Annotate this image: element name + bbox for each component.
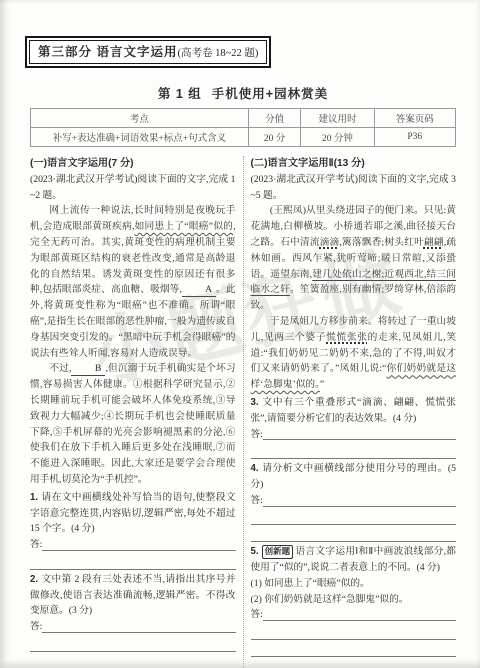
answer-row: 答: [251,607,457,623]
answer-row: 答: [251,493,457,509]
passage-paragraph-3: (王熙凤)从里头绕进园子的便门来。只见:黄花满地,白柳横坡。小桥通若耶之溪,曲径… [251,203,457,314]
question-3: 3.文中有三个重叠形式“滴滴、翩翩、慌慌张张”,请简要分析它们的表达效果。(4 … [251,395,457,427]
cell-fenzhi: 20 分 [248,128,301,147]
question-number: 4. [251,463,259,474]
question-text: 请在文中画横线处补写恰当的语句,使整段文字语意完整连贯,内容贴切,逻辑严密,每处… [30,492,236,535]
question-1: 1.请在文中画横线处补写恰当的语句,使整段文字语意完整连贯,内容贴切,逻辑严密,… [30,490,236,537]
answer-line [42,632,235,633]
answer-line [42,550,235,551]
col-header-fenzhi: 分值 [248,109,301,128]
question-text: 文中有三个重叠形式“滴滴、翩翩、慌慌张张”,请简要分析它们的表达效果。(4 分) [251,397,457,424]
right-column: (二)语言文字运用Ⅱ(13 分) (2023·湖北武汉开学考试)阅读下面的文字,… [243,156,457,668]
col-header-time: 建议用时 [301,109,374,128]
question-4: 4.请分析文中画横线部分使用分号的理由。(5 分) [251,461,457,493]
answer-label: 答: [251,427,263,443]
innovation-badge: 创新题 [262,545,294,558]
group-title: 第 1 组手机使用+园林赏美 [30,0,456,102]
question-5-item-2: (2) 你们奶奶就是这样“急脚鬼”似的。 [251,592,457,608]
section-title-2: (二)语言文字运用Ⅱ(13 分) [251,156,457,172]
answer-row: 答: [251,427,457,443]
source-line-2: (2023·湖北武汉开学考试)阅读下面的文字,完成 3~5 题。 [251,172,457,204]
passage-paragraph-1: 网上流传一种说法,长时间特别是夜晚玩手机,会造成眼部黄斑疾病,如同患上了“眼癌”… [30,203,236,361]
answer-label: 答: [251,493,263,509]
cell-kaodian: 补写+表达准确+词语效果+标点+句式含义 [31,128,249,147]
answer-line [263,506,456,507]
answer-line [30,553,236,570]
answer-line [251,442,457,459]
exam-page: 第三部分 语言文字运用(高考卷 18~22 题) 第 1 组手机使用+园林赏美 … [0,0,480,668]
dot-emphasis-text: 慌慌张张 [326,332,367,343]
fill-blank-A: A [182,285,216,296]
cell-time: 20 分钟 [301,128,374,147]
answer-line [263,439,456,440]
question-2: 2.文中第 2 段有三处表述不当,请指出其序号并做修改,使语言表达准确流畅,逻辑… [30,572,236,619]
passage-paragraph-4: 于是凤姐儿方移步前来。将转过了一重山坡儿,见两三个婆子慌慌张张的走来,见凤姐儿,… [251,314,457,393]
answer-line [251,509,457,526]
answer-label: 答: [30,619,42,635]
question-5-item-1: (1) 如同患上了“眼癌”似的。 [251,576,457,592]
passage-paragraph-2: 不过,B,但沉溺于玩手机确实是个坏习惯,容易损害人体健康。①根据科学研究显示,②… [30,361,236,487]
fill-blank-B: B [71,364,105,375]
two-column-layout: (一)语言文字运用(7 分) (2023·湖北武汉开学考试)阅读下面的文字,完成… [30,156,456,668]
question-text: 文中第 2 段有三处表述不当,请指出其序号并做修改,使语言表达准确流畅,逻辑严密… [30,574,236,617]
question-5: 5.创新题语言文字运用Ⅰ和Ⅱ中画波浪线部分,都使用了“似的”,说说二者表意上的不… [251,544,457,576]
wavy-underline-text: 如同患上了“眼癌”似的 [134,221,233,232]
answer-row: 答: [30,619,236,635]
passage-text: ,篱落飘香;树头红叶 [339,237,424,248]
dot-emphasis-text: 翩翩 [424,237,444,248]
passage-text: 不过, [49,363,71,374]
passage-text: ,但沉溺于玩手机确实是个坏习惯,容易损害人体健康。①根据科学研究显示,②长期睡前… [30,363,236,485]
group-label: 第 1 组 [158,87,202,101]
question-number: 1. [30,492,38,503]
answer-row: 答: [30,537,236,553]
blank-label: B [95,363,101,374]
answer-line [251,623,457,640]
col-header-kaodian: 考点 [31,109,249,128]
dot-emphasis-text: 滴滴 [320,237,340,248]
col-header-page: 答案页码 [374,109,455,128]
question-number: 2. [30,574,38,585]
answer-line [251,657,457,668]
page-content: 第 1 组手机使用+园林赏美 考点 分值 建议用时 答案页码 补写+表达准确+词… [0,0,480,668]
passage-text: ” [320,379,324,390]
answer-line [251,640,457,657]
answer-label: 答: [251,607,263,623]
exam-info-table: 考点 分值 建议用时 答案页码 补写+表达准确+词语效果+标点+句式含义 20 … [30,108,456,147]
left-column: (一)语言文字运用(7 分) (2023·湖北武汉开学考试)阅读下面的文字,完成… [30,156,243,668]
source-line-1: (2023·湖北武汉开学考试)阅读下面的文字,完成 1~2 题。 [30,172,236,204]
question-number: 3. [251,397,259,408]
question-text: 请分析文中画横线部分使用分号的理由。(5 分) [251,463,457,490]
section-title-1: (一)语言文字运用(7 分) [30,156,236,172]
table-header-row: 考点 分值 建议用时 答案页码 [31,109,456,128]
group-name: 手机使用+园林赏美 [212,87,328,101]
cell-page: P36 [374,128,455,147]
answer-line [30,635,236,652]
blank-label: A [205,284,212,295]
answer-label: 答: [30,537,42,553]
question-number: 5. [251,546,259,557]
answer-line [251,525,457,542]
answer-line [263,620,456,621]
table-data-row: 补写+表达准确+词语效果+标点+句式含义 20 分 20 分钟 P36 [31,128,456,147]
